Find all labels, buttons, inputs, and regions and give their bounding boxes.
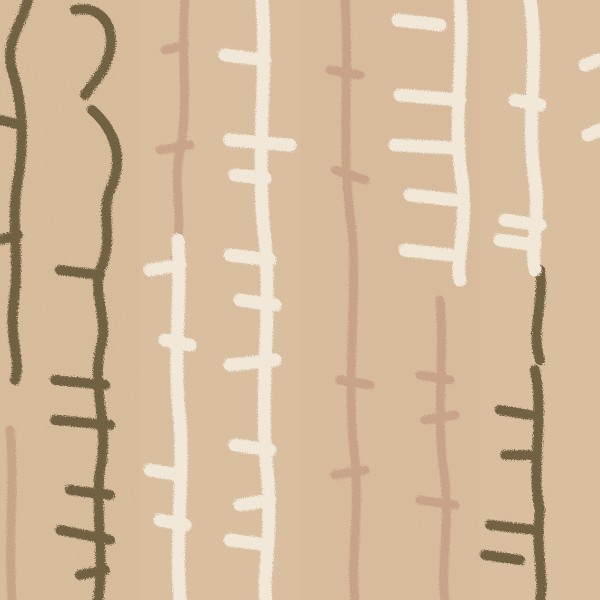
texture-grain <box>0 0 600 600</box>
rug-texture <box>0 0 600 600</box>
rug-pattern <box>0 0 600 600</box>
